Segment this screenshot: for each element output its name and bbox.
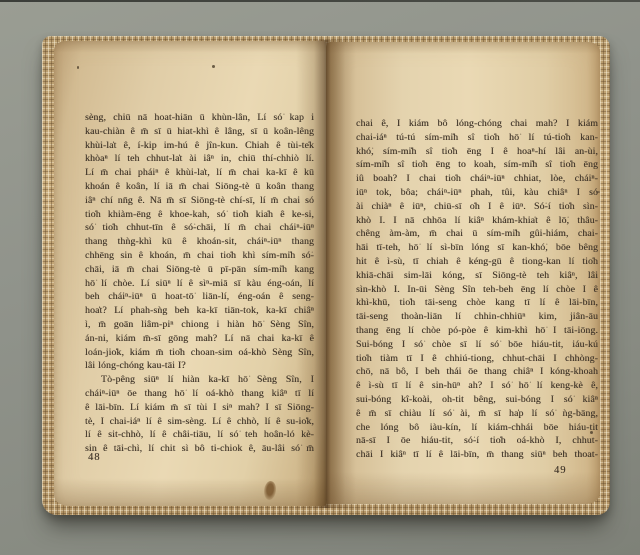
text-line: khoán ê koân, lí iā m̄ chai Siōng-tè ū k… (85, 180, 314, 194)
text-line: lâi lóng-chóng kau-tāi I? (85, 359, 314, 373)
text-line: ì, m̄ goān liâm-piⁿ chiong i hiàn hō͘ Sè… (85, 318, 314, 332)
text-line: iû boah? I chai tio̍h cháiⁿ-iūⁿ chhiat, … (356, 172, 598, 186)
text-line: sím-mi̍h sî tio̍h ēng to koah, sím-mi̍h … (356, 158, 598, 172)
text-line: sìn-khò I. In-ūi Sèng Sîn teh-beh ēng lí… (356, 283, 598, 297)
text-line: thang thǹg-khì kū ê khoán-sit, cháiⁿ-iūⁿ… (85, 235, 314, 249)
text-line: sui-bóng kî-koài, oh-tit bêng, sui-bóng … (356, 393, 598, 407)
text-line: chai-iáⁿ tú-tú sím-mi̍h sî tio̍h hō͘ lí … (356, 131, 598, 145)
text-line: só͘ tio̍h chhut-tīn ê só͘-chāi, lí m̄ ch… (85, 221, 314, 235)
text-line: Lí m̄ chai pháiⁿ ê khùi-la̍t, lí m̄ chai… (85, 166, 314, 180)
right-page-text: chai ê, I kiám bô lóng-chóng chai mah? I… (356, 117, 598, 462)
text-line: ài chiàⁿ ê iūⁿ, chiū-sī o̍h I ê iūⁿ. Só͘… (356, 200, 598, 214)
text-line: iâⁿ chí nn̄g ê. Nā m̄ sī Siōng-tè chí-sī… (85, 194, 314, 208)
text-line: chāi, iā m̄ chai Siōng-tè ū pī-pān sím-m… (85, 263, 314, 277)
book-photo-scene: sèng, chiū nā hoat-hiān ū khùn-lân, Lí s… (0, 0, 640, 555)
page-number-right: 49 (554, 465, 567, 476)
paper-speck (590, 431, 593, 434)
text-line: án-ni, kiám m̄-sī gōng mah? Lí nā chai k… (85, 332, 314, 346)
text-line: tio̍h tiàm tī I ê chhiú-tiong, chhut-chā… (356, 352, 598, 366)
scan-edge-strip (0, 0, 640, 2)
text-line: chō, nā bô, I beh thái ōe thang chiâⁿ I … (356, 365, 598, 379)
text-line: khò I. I nā chhōa lí kiâⁿ khám-khia̍t ê … (356, 214, 598, 228)
text-line: chai ê, I kiám bô lóng-chóng chai mah? I… (356, 117, 598, 131)
text-line: khì-khū, tio̍h tāi-seng chòe kang tī lí … (356, 296, 598, 310)
text-line: ê m̄ sī chiàu lí só͘ ài, m̄ sī ha̍p lí s… (356, 407, 598, 421)
left-page-text: sèng, chiū nā hoat-hiān ū khùn-lân, Lí s… (85, 111, 314, 456)
text-line: cháiⁿ-iūⁿ ōe thang hō͘ lí oá-khò thang k… (85, 387, 314, 401)
text-line: Sui-bóng I só͘ chòe sī lí só͘ bōe hiáu-t… (356, 338, 598, 352)
text-line: chhēng sin ê khoán, m̄ chai tio̍h khì sí… (85, 249, 314, 263)
text-line: thang ēng lí chòe pó-pòe ê kim-khì hō͘ I… (356, 324, 598, 338)
paper-speck (596, 191, 600, 193)
text-line: lí ê sit-chhò, lí ê châi-tiāu, lí só͘ te… (85, 428, 314, 442)
text-line: tio̍h khiàm-ēng ê khoe-kah, só͘ tio̍h ki… (85, 208, 314, 222)
text-line: chêng àm-àm, m̄ chai ū sím-mi̍h gûi-hiám… (356, 227, 598, 241)
paper-speck (212, 65, 215, 68)
text-line: chāi I kiâⁿ tī lí ê lāi-bīn, m̄ thang si… (356, 448, 598, 462)
text-line: nā-sī I ōe hiáu-tit, só͘-í tio̍h oá-khò … (356, 434, 598, 448)
text-line: iūⁿ tok, bôa; cháiⁿ-iūⁿ phah, tûi, kàu c… (356, 186, 598, 200)
text-line: tāi-seng thoàn-liān lí chhin-chhiūⁿ kim,… (356, 310, 598, 324)
text-line: khó͘, sím-mi̍h sî tio̍h ēng I ê hoaⁿ-hí … (356, 145, 598, 159)
text-line: Tò-pêng siūⁿ lí hiàn ka-kī hō͘ Sèng Sîn,… (85, 373, 314, 387)
text-line: tè, I chai-iáⁿ lí ê sim-sèng. Lí ê chhò,… (85, 415, 314, 429)
text-line: sèng, chiū nā hoat-hiān ū khùn-lân, Lí s… (85, 111, 314, 125)
text-line: hoa̍t? Lí phah-sǹg beh ka-kī tiān-tok, k… (85, 304, 314, 318)
text-line: khiā-chāi sim-lāi kóng, sī Siōng-tè teh … (356, 269, 598, 283)
text-line: khùi-la̍t ê, í-kip im-hú ê jîn-kun. Chia… (85, 139, 314, 153)
text-line: kau-chiàn ê m̄ sī ū hiat-khì ê lâng, sī … (85, 125, 314, 139)
text-line: loán-jio̍k, kiám m̄ tio̍h choan-sim oá-k… (85, 346, 314, 360)
text-line: che lóng bô iàu-kín, lí kiám-chhái bōe h… (356, 421, 598, 435)
text-line: khòaⁿ lí teh chhut-la̍t ài iâⁿ in, chiū … (85, 152, 314, 166)
text-line: sin ê tāi-chì, lí chit sì bô ti-chiok ê,… (85, 442, 314, 456)
text-line: hit ê ì-sù, tī chiah ê kéng-gū ê tiong-k… (356, 255, 598, 269)
paper-speck (77, 66, 79, 69)
text-line: beh cháiⁿ-iūⁿ ū hoat-tō͘ liān-lí, éng-oá… (85, 290, 314, 304)
text-line: ê lāi-bīn. Lí kiám m̄ sī tùi I siⁿ mah? … (85, 401, 314, 415)
page-number-left: 48 (88, 452, 101, 463)
text-line: ê ì-sù tī lí ê sin-hūⁿ ah? I só͘ hō͘ lí … (356, 379, 598, 393)
text-line: hāi tī-teh, hō͘ lí sì-bīn lóng sī kan-kh… (356, 241, 598, 255)
text-line: hō͘ lí chòe. Lí siūⁿ lí ê sìⁿ-miā sī kàu… (85, 277, 314, 291)
